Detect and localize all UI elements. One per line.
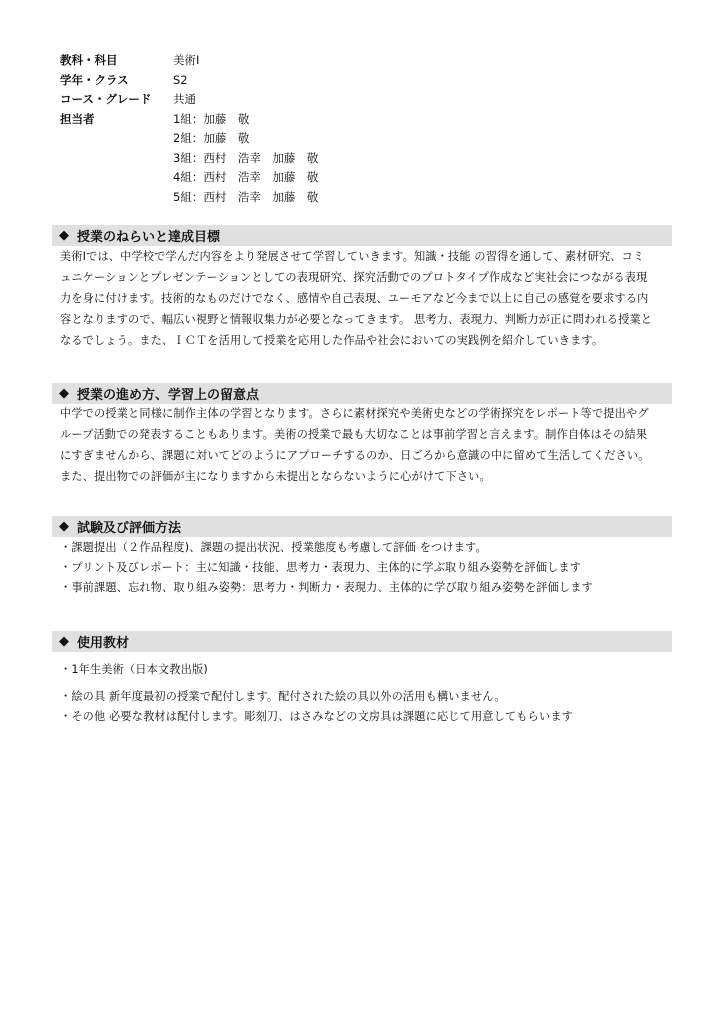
text-line: ュニケーションとプレゼンテーションとしての表現研究、探究活動でのプロトタイプ作成…: [60, 267, 670, 288]
info-label: 教科・科目: [60, 51, 173, 71]
list-item: ・絵の具 新年度最初の授業で配付します。配付された絵の具以外の活用も構いません。: [60, 687, 670, 707]
section-title: 授業のねらいと達成目標: [77, 226, 220, 245]
info-value: 共通: [173, 90, 196, 110]
list-item: ・プリント及びレポート：主に知識・技能、思考力・表現力、主体的に学ぶ取り組み姿勢…: [60, 558, 670, 578]
text-line: なるでしょう。また、ＩＣＴを活用して授業を応用した作品や社会においての実践例を紹…: [60, 330, 670, 351]
teacher-entry: 2組：加藤 敬: [173, 129, 318, 149]
list-item: ・事前課題、忘れ物、取り組み姿勢：思考力・判断力・表現力、主体的に学び取り組み姿…: [60, 578, 670, 598]
diamond-icon: ◆: [59, 634, 69, 649]
section-title: 授業の進め方、学習上の留意点: [77, 384, 259, 403]
diamond-icon: ◆: [59, 519, 69, 534]
diamond-icon: ◆: [59, 386, 69, 401]
section-title: 使用教材: [77, 632, 129, 651]
teacher-entry: 3組：西村 浩幸 加藤 敬: [173, 149, 318, 169]
text-line: 中学での授業と同様に制作主体の学習となります。さらに素材探究や美術史などの学術探…: [60, 403, 670, 424]
info-row-grade-class: 学年・クラス S2: [60, 71, 318, 91]
section-header-materials: ◆ 使用教材: [52, 631, 672, 652]
text-line: ループ活動での発表することもあります。美術の授業で最も大切なことは事前学習と言え…: [60, 424, 670, 445]
text-line: また、提出物での評価が主になりますから未提出とならないように心がけて下さい。: [60, 466, 670, 487]
list-item: ・その他 必要な教材は配付します。彫刻刀、はさみなどの文房具は課題に応じて用意し…: [60, 707, 670, 727]
text-line: 美術Ⅰでは、中学校で学んだ内容をより発展させて学習していきます。知識・技能 の習…: [60, 246, 670, 267]
teacher-list: 1組：加藤 敬 2組：加藤 敬 3組：西村 浩幸 加藤 敬 4組：西村 浩幸 加…: [173, 110, 318, 208]
info-value: S2: [173, 71, 188, 91]
section-header-method: ◆ 授業の進め方、学習上の留意点: [52, 383, 672, 404]
section-header-evaluation: ◆ 試験及び評価方法: [52, 516, 672, 537]
list-item: ・課題提出（２作品程度)、課題の提出状況、授業態度も考慮して評価 をつけます。: [60, 538, 670, 558]
section-title: 試験及び評価方法: [77, 517, 181, 536]
info-row-teachers: 担当者 1組：加藤 敬 2組：加藤 敬 3組：西村 浩幸 加藤 敬 4組：西村 …: [60, 110, 318, 208]
teacher-entry: 1組：加藤 敬: [173, 110, 318, 130]
section-body-evaluation: ・課題提出（２作品程度)、課題の提出状況、授業態度も考慮して評価 をつけます。 …: [60, 538, 670, 598]
teacher-entry: 5組：西村 浩幸 加藤 敬: [173, 188, 318, 208]
info-label: 担当者: [60, 110, 173, 208]
section-body-method: 中学での授業と同様に制作主体の学習となります。さらに素材探究や美術史などの学術探…: [60, 403, 670, 487]
teacher-entry: 4組：西村 浩幸 加藤 敬: [173, 168, 318, 188]
text-line: 容となりますので、幅広い視野と情報収集力が必要となってきます。 思考力、表現力、…: [60, 309, 670, 330]
diamond-icon: ◆: [59, 228, 69, 243]
section-body-goals: 美術Ⅰでは、中学校で学んだ内容をより発展させて学習していきます。知識・技能 の習…: [60, 246, 670, 351]
course-info: 教科・科目 美術Ⅰ 学年・クラス S2 コース・グレード 共通 担当者 1組：加…: [60, 51, 318, 207]
info-label: 学年・クラス: [60, 71, 173, 91]
section-body-materials: ・1年生美術（日本文教出版) ・絵の具 新年度最初の授業で配付します。配付された…: [60, 660, 670, 727]
text-line: 力を身に付けます。技術的なものだけでなく、感情や自己表現、ユーモアなど今まで以上…: [60, 288, 670, 309]
info-value: 美術Ⅰ: [173, 51, 199, 71]
info-row-course-grade: コース・グレード 共通: [60, 90, 318, 110]
info-row-subject: 教科・科目 美術Ⅰ: [60, 51, 318, 71]
section-header-goals: ◆ 授業のねらいと達成目標: [52, 225, 672, 246]
info-label: コース・グレード: [60, 90, 173, 110]
list-item: ・1年生美術（日本文教出版): [60, 660, 670, 680]
text-line: にすぎませんから、課題に対いてどのようにアプローチするのか、日ごろから意識の中に…: [60, 445, 670, 466]
